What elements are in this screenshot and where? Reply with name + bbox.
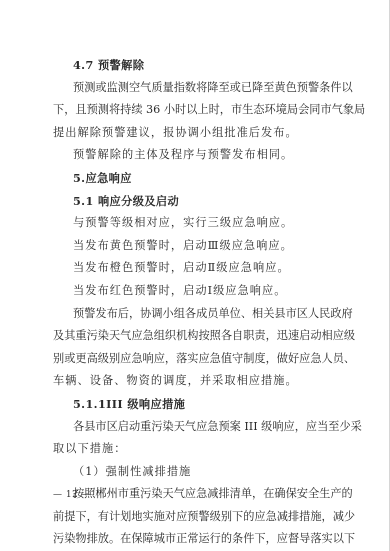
paragraph-line: 预警解除的主体及程序与预警发布相同。 [53, 144, 338, 167]
paragraph-line: 按照郴州市重污染天气应急减排清单，在确保安全生产的 [53, 483, 338, 506]
paragraph-line: 别或更高级别应急响应，落实应急值守制度，做好应急人员、 [53, 348, 338, 371]
document-page: 4.7 预警解除 预测或监测空气质量指数将降至或已降至黄色预警条件以 下，且预测… [53, 54, 338, 551]
response-level-line: 当发布黄色预警时，启动Ⅲ级应急响应。 [53, 235, 338, 258]
paragraph-line: 预警发布后，协调小组各成员单位、相关县市区人民政府 [53, 303, 338, 326]
paragraph-line: 前提下，有计划地实施对应预警级别下的应急减排措施，减少 [53, 506, 338, 529]
paragraph-line: 各县市区启动重污染天气应急预案 III 级响应，应当至少采 [53, 416, 338, 439]
response-level-line: 与预警等级相对应，实行三级应急响应。 [53, 212, 338, 235]
section-heading-5-1-1: 5.1.1III 级响应措施 [53, 393, 338, 416]
response-level-line: 当发布橙色预警时，启动Ⅱ级应急响应。 [53, 257, 338, 280]
subsection-label: （1）强制性减排措施 [53, 461, 338, 484]
paragraph-line: 取以下措施： [53, 438, 338, 461]
paragraph-line: 及其重污染天气应急组织机构按照各自职责，迅速启动相应级 [53, 325, 338, 348]
paragraph-line: 污染物排放。在保障城市正常运行的条件下，应督导落实以下 [53, 528, 338, 551]
paragraph-line: 下，且预测将持续 36 小时以上时，市生态环境局会同市气象局 [53, 99, 338, 122]
section-heading-4-7: 4.7 预警解除 [53, 54, 338, 77]
section-heading-5: 5.应急响应 [53, 167, 338, 190]
paragraph-line: 提出解除预警建议，报协调小组批准后发布。 [53, 122, 338, 145]
page-number: — 12 — [53, 490, 91, 500]
paragraph-line: 预测或监测空气质量指数将降至或已降至黄色预警条件以 [53, 77, 338, 100]
response-level-line: 当发布红色预警时，启动Ⅰ级应急响应。 [53, 280, 338, 303]
paragraph-line: 车辆、设备、物资的调度，并采取相应措施。 [53, 370, 338, 393]
section-heading-5-1: 5.1 响应分级及启动 [53, 190, 338, 213]
